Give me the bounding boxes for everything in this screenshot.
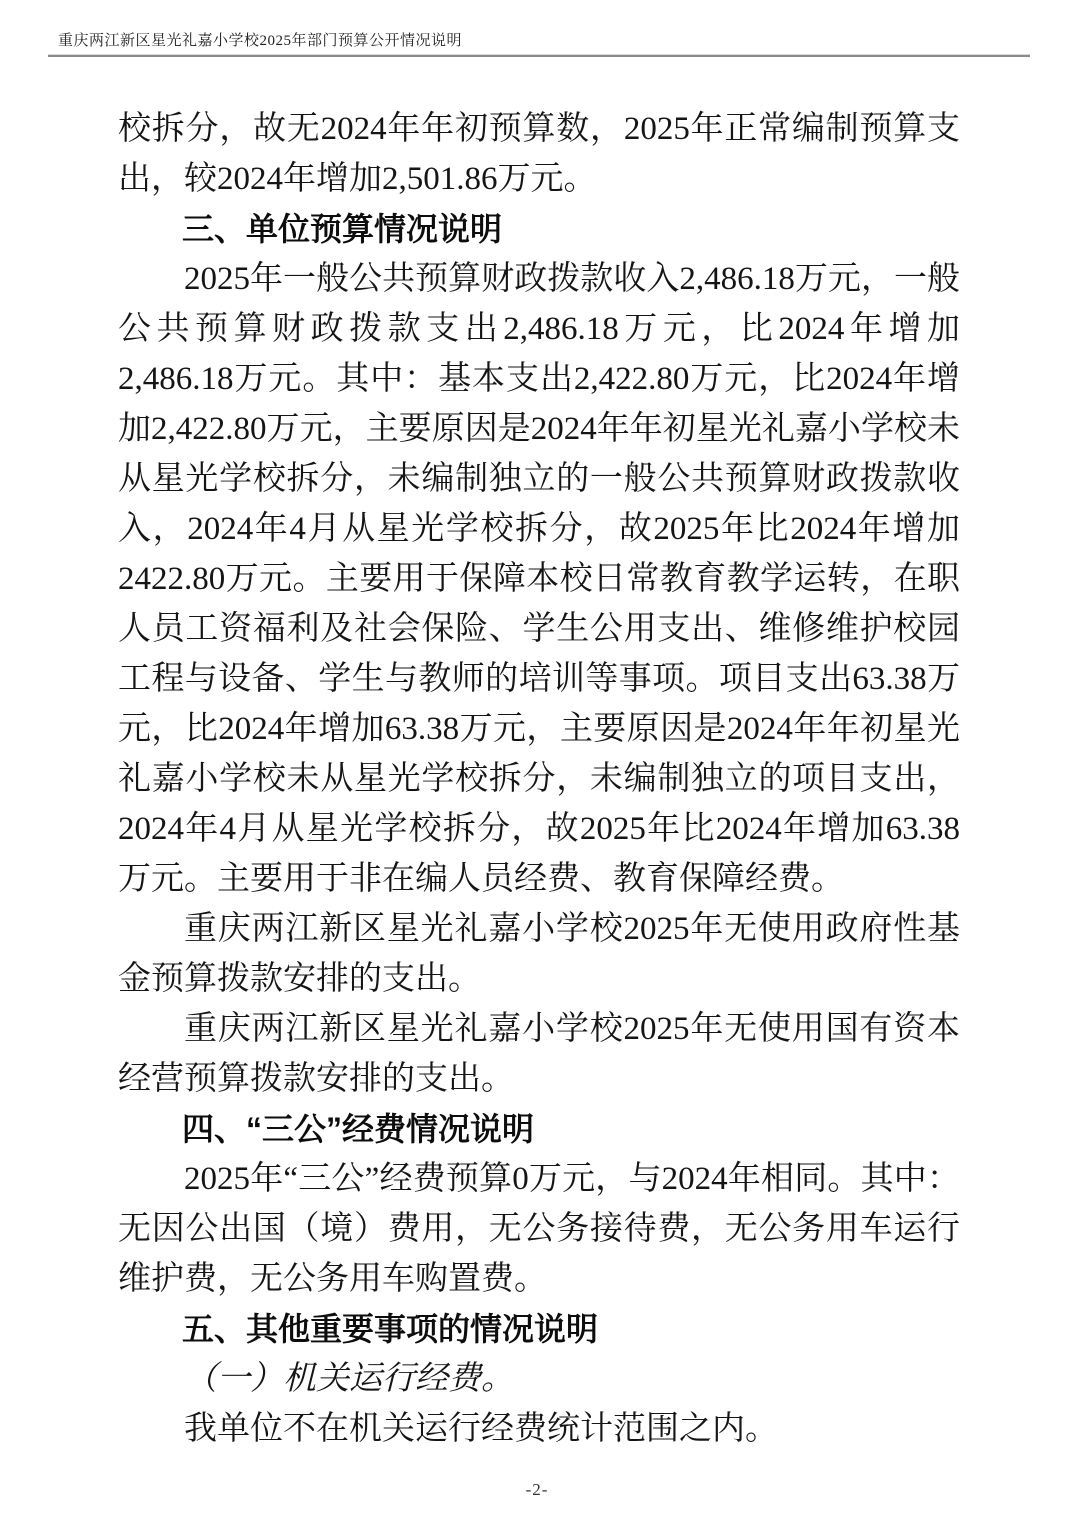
section-heading-3: 三、单位预算情况说明	[118, 204, 960, 254]
subheading-operating-expense: （一）机关运行经费。	[118, 1354, 960, 1404]
paragraph-state-capital: 重庆两江新区星光礼嘉小学校2025年无使用国有资本经营预算拨款安排的支出。	[118, 1004, 960, 1104]
paragraph-budget-detail: 2025年一般公共预算财政拨款收入2,486.18万元，一般公共预算财政拨款支出…	[118, 254, 960, 904]
paragraph-continuation: 校拆分，故无2024年年初预算数，2025年正常编制预算支出，较2024年增加2…	[118, 104, 960, 204]
document-page: 重庆两江新区星光礼嘉小学校2025年部门预算公开情况说明 校拆分，故无2024年…	[0, 0, 1074, 1520]
section-heading-4: 四、“三公”经费情况说明	[118, 1104, 960, 1154]
header-title: 重庆两江新区星光礼嘉小学校2025年部门预算公开情况说明	[48, 32, 1030, 50]
page-header: 重庆两江新区星光礼嘉小学校2025年部门预算公开情况说明	[48, 32, 1030, 57]
page-number: -2-	[526, 1480, 549, 1499]
paragraph-operating-expense-note: 我单位不在机关运行经费统计范围之内。	[118, 1404, 960, 1454]
paragraph-government-fund: 重庆两江新区星光礼嘉小学校2025年无使用政府性基金预算拨款安排的支出。	[118, 904, 960, 1004]
document-body: 校拆分，故无2024年年初预算数，2025年正常编制预算支出，较2024年增加2…	[118, 104, 960, 1454]
paragraph-three-public-funds: 2025年“三公”经费预算0万元，与2024年相同。其中：无因公出国（境）费用，…	[118, 1154, 960, 1304]
header-rule	[48, 54, 1030, 57]
section-heading-5: 五、其他重要事项的情况说明	[118, 1304, 960, 1354]
page-footer: -2-	[0, 1480, 1074, 1500]
